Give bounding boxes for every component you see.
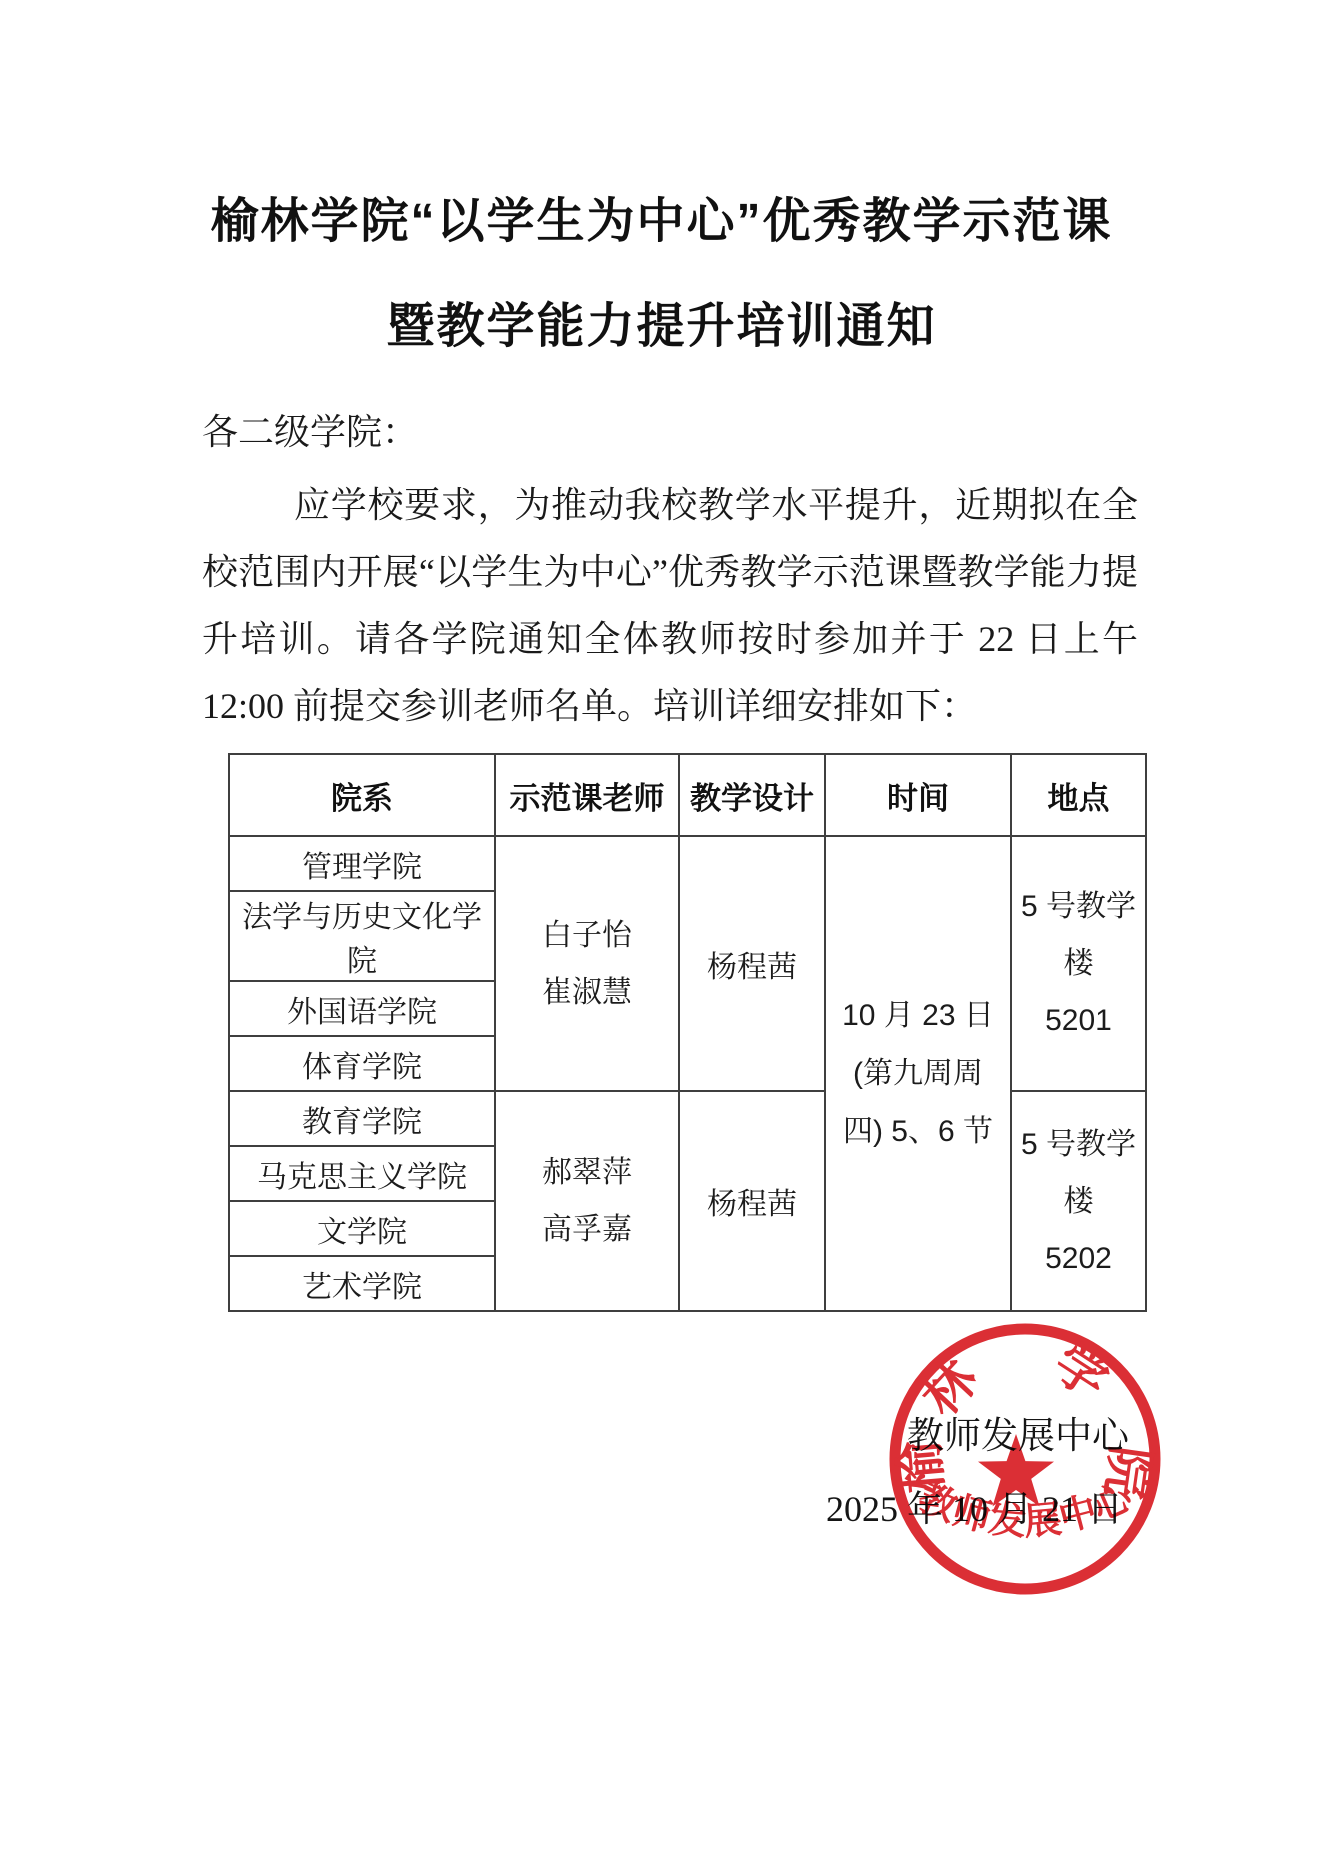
table-header-row: 院系 示范课老师 教学设计 时间 地点 bbox=[229, 754, 1146, 836]
salutation: 各二级学院： bbox=[202, 410, 418, 454]
college-cell: 文学院 bbox=[229, 1201, 495, 1256]
teacher-name: 高孚嘉 bbox=[496, 1201, 678, 1258]
time-cell: 10 月 23 日 (第九周周 四) 5、6 节 bbox=[825, 836, 1011, 1311]
seal-arc-char: 学 bbox=[1043, 1334, 1118, 1411]
header-time: 时间 bbox=[825, 754, 1011, 836]
body-paragraph: 应学校要求，为推动我校教学水平提升，近期拟在全校范围内开展“以学生为中心”优秀教… bbox=[202, 472, 1138, 740]
college-cell: 马克思主义学院 bbox=[229, 1146, 495, 1201]
college-cell: 管理学院 bbox=[229, 836, 495, 891]
time-line: (第九周周 bbox=[826, 1045, 1010, 1103]
doc-title-line2: 暨教学能力提升培训通知 bbox=[0, 297, 1323, 357]
location-building: 5 号教学楼 bbox=[1012, 1116, 1145, 1230]
college-cell: 体育学院 bbox=[229, 1036, 495, 1091]
designer-group2-cell: 杨程茜 bbox=[679, 1091, 825, 1311]
header-design: 教学设计 bbox=[679, 754, 825, 836]
seal-arc-char: 林 bbox=[911, 1348, 990, 1426]
header-demo-teacher: 示范课老师 bbox=[495, 754, 679, 836]
schedule-table: 院系 示范课老师 教学设计 时间 地点 管理学院 白子怡 崔淑慧 杨程茜 10 … bbox=[228, 753, 1147, 1312]
designer-group1-cell: 杨程茜 bbox=[679, 836, 825, 1091]
seal-star-icon bbox=[978, 1434, 1054, 1506]
college-cell: 法学与历史文化学院 bbox=[229, 891, 495, 981]
teacher-name: 郝翠萍 bbox=[496, 1144, 678, 1201]
table-row: 管理学院 白子怡 崔淑慧 杨程茜 10 月 23 日 (第九周周 四) 5、6 … bbox=[229, 836, 1146, 891]
college-cell: 教育学院 bbox=[229, 1091, 495, 1146]
location-building: 5 号教学楼 bbox=[1012, 878, 1145, 992]
location-group1-cell: 5 号教学楼 5201 bbox=[1011, 836, 1146, 1091]
teacher-name: 白子怡 bbox=[496, 907, 678, 964]
demo-teachers-group2-cell: 郝翠萍 高孚嘉 bbox=[495, 1091, 679, 1311]
demo-teachers-group1-cell: 白子怡 崔淑慧 bbox=[495, 836, 679, 1091]
location-group2-cell: 5 号教学楼 5202 bbox=[1011, 1091, 1146, 1311]
teacher-name: 崔淑慧 bbox=[496, 964, 678, 1021]
official-seal: 榆 林 学 院 教师发展中心 bbox=[878, 1320, 1174, 1606]
location-room: 5202 bbox=[1012, 1230, 1145, 1287]
header-location: 地点 bbox=[1011, 754, 1146, 836]
header-college: 院系 bbox=[229, 754, 495, 836]
time-line: 10 月 23 日 bbox=[826, 987, 1010, 1045]
time-line: 四) 5、6 节 bbox=[826, 1103, 1010, 1161]
document-page: 榆林学院“以学生为中心”优秀教学示范课 暨教学能力提升培训通知 各二级学院： 应… bbox=[0, 0, 1323, 1871]
college-cell: 外国语学院 bbox=[229, 981, 495, 1036]
location-room: 5201 bbox=[1012, 992, 1145, 1049]
college-cell: 艺术学院 bbox=[229, 1256, 495, 1311]
doc-title-line1: 榆林学院“以学生为中心”优秀教学示范课 bbox=[0, 192, 1323, 252]
